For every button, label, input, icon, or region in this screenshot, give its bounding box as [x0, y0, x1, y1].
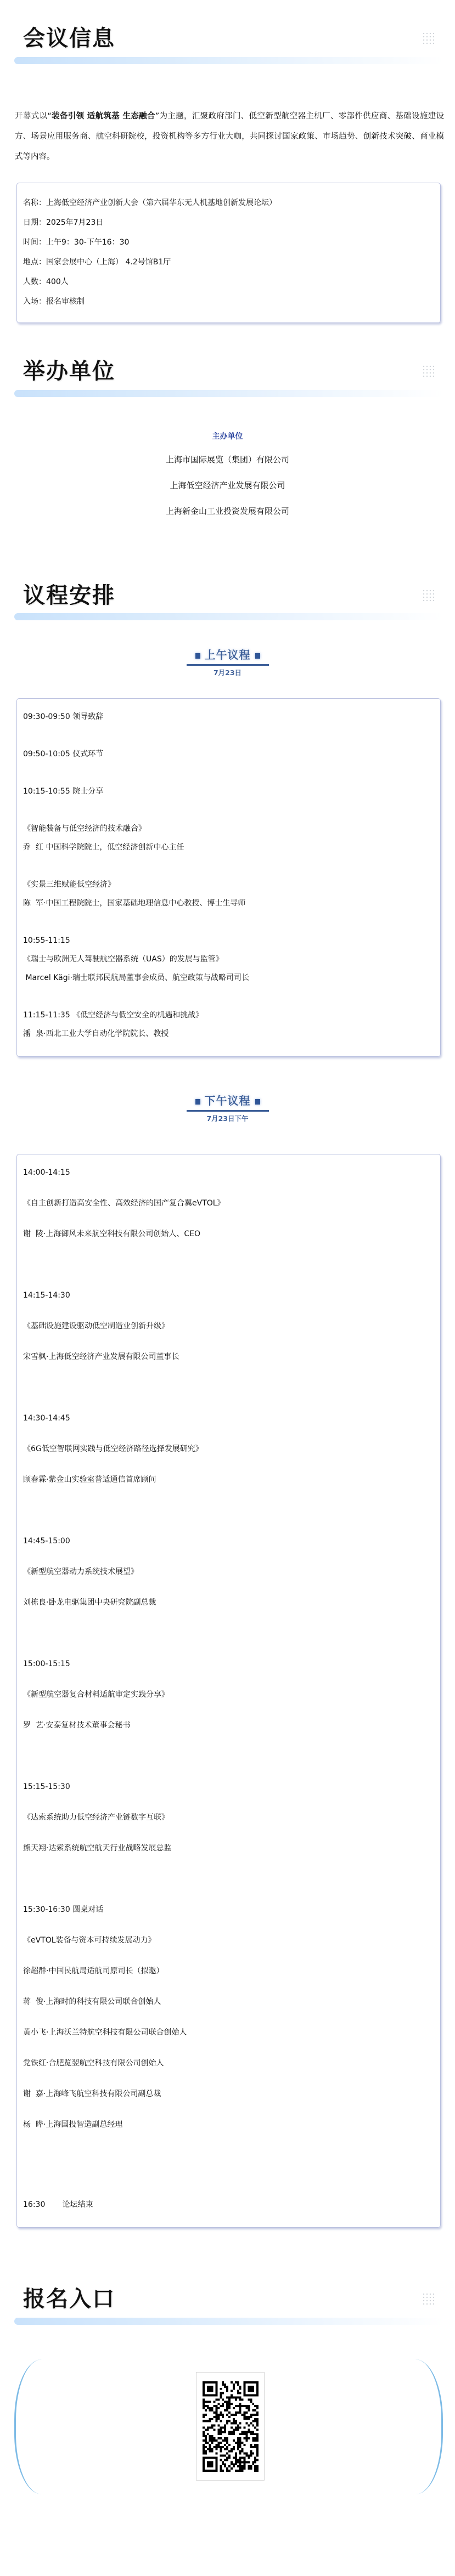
detail-date: 日期：2025年7月23日: [23, 213, 434, 233]
detail-time: 时间：上午9：30-下午16：30: [23, 233, 434, 252]
agenda-line: 谢 陵·上海御风未来航空科技有限公司创始人、CEO: [23, 1228, 434, 1240]
qr-code-icon[interactable]: [202, 2381, 259, 2472]
title-underline-bar: [14, 57, 443, 64]
agenda-line: 14:15-14:30: [23, 1289, 434, 1301]
agenda-line: 10:15-10:55 院士分享: [23, 785, 434, 797]
dot-grid-icon: [422, 365, 434, 378]
section-header: 报名入口: [0, 2261, 455, 2337]
agenda-line: Marcel Kägi·瑞士联邦民航局董事会成员、航空政策与战略司司长: [23, 972, 434, 984]
session-title-text: 上午议程: [205, 648, 251, 661]
agenda-line: 熊天翔·达索系统航空航天行业战略发展总监: [23, 1842, 434, 1854]
afternoon-session-date: 7月23日下午: [0, 1113, 455, 1123]
agenda-line: 蒋 俊·上海时的科技有限公司联合创始人: [23, 1996, 434, 2008]
detail-admission: 入场：报名审核制: [23, 292, 434, 312]
agenda-line: 谢 嘉·上海峰飞航空科技有限公司副总裁: [23, 2088, 434, 2100]
afternoon-agenda-card: 14:00-14:15《自主创新打造高安全性、高效经济的国产复合翼eVTOL》谢…: [16, 1154, 441, 2228]
morning-agenda-card: 09:30-09:50 领导致辞09:50-10:05 仪式环节10:15-10…: [16, 698, 441, 1057]
square-bullet-icon: [255, 1099, 260, 1105]
section-title: 议程安排: [23, 578, 115, 609]
section-header: 会议信息: [0, 0, 455, 77]
morning-session-header: 上午议程 7月23日: [0, 623, 455, 677]
intro-paragraph: 开幕式以“装备引领 适航筑基 生态融合”为主题，汇聚政府部门、低空新型航空器主机…: [0, 77, 455, 167]
agenda-line: 15:00-15:15: [23, 1658, 434, 1670]
agenda-line: 《新型航空器复合材料适航审定实践分享》: [23, 1689, 434, 1701]
agenda-line: 《达索系统助力低空经济产业链数字互联》: [23, 1811, 434, 1824]
afternoon-session-title: 下午议程: [187, 1092, 269, 1112]
agenda-line: 黄小飞·上海沃兰特航空科技有限公司联合创始人: [23, 2026, 434, 2039]
title-underline-bar: [14, 390, 443, 397]
agenda-line: 潘 泉·西北工业大学自动化学院院长、教授: [23, 1028, 434, 1040]
title-underline-bar: [14, 2318, 443, 2325]
detail-name: 名称：上海低空经济产业创新大会（第六届华东无人机基地创新发展论坛）: [23, 193, 434, 213]
agenda-line: 刘栋良·卧龙电驱集团中央研究院副总裁: [23, 1596, 434, 1609]
agenda-line: 09:30-09:50 领导致辞: [23, 711, 434, 723]
organizer-item: 上海市国际展览（集团）有限公司: [0, 447, 455, 473]
section-header: 议程安排: [0, 546, 455, 623]
section-title: 报名入口: [23, 2281, 115, 2313]
square-bullet-icon: [195, 1099, 200, 1105]
agenda-line: 党铁红·合肥览翌航空科技有限公司创始人: [23, 2057, 434, 2069]
section-title: 举办单位: [23, 354, 115, 385]
intro-theme: 装备引领 适航筑基 生态融合: [52, 112, 155, 121]
afternoon-session-header: 下午议程 7月23日下午: [0, 1057, 455, 1123]
organizer-item: 上海新金山工业投资发展有限公司: [0, 499, 455, 524]
agenda-line: 14:30-14:45: [23, 1412, 434, 1424]
agenda-line: 14:00-14:15: [23, 1167, 434, 1179]
dot-grid-icon: [422, 589, 434, 602]
morning-session-title: 上午议程: [187, 646, 269, 666]
agenda-line: 《瑞士与欧洲无人驾驶航空器系统（UAS）的发展与监管》: [23, 953, 434, 965]
organizer-item: 上海低空经济产业发展有限公司: [0, 473, 455, 499]
square-bullet-icon: [255, 653, 260, 659]
agenda-line: 14:45-15:00: [23, 1535, 434, 1547]
meeting-details-card: 名称：上海低空经济产业创新大会（第六届华东无人机基地创新发展论坛） 日期：202…: [16, 183, 441, 323]
meeting-info-section: 会议信息 开幕式以“装备引领 适航筑基 生态融合”为主题，汇聚政府部门、低空新型…: [0, 0, 455, 323]
agenda-line: 罗 艺·安泰复材技术董事会秘书: [23, 1719, 434, 1731]
agenda-line: 杨 晔·上海国投智造副总经理: [23, 2119, 434, 2131]
agenda-line: 宋雪枫·上海低空经济产业发展有限公司董事长: [23, 1351, 434, 1363]
organizers-section: 举办单位 主办单位 上海市国际展览（集团）有限公司 上海低空经济产业发展有限公司…: [0, 333, 455, 524]
agenda-line: 《6G低空智联网实践与低空经济路径选择发展研究》: [23, 1443, 434, 1455]
section-title: 会议信息: [23, 21, 115, 52]
agenda-line: 陈 军·中国工程院院士，国家基础地理信息中心教授、博士生导师: [23, 897, 434, 909]
agenda-line: 《智能装备与低空经济的技术融合》: [23, 823, 434, 835]
morning-session-date: 7月23日: [0, 667, 455, 677]
dot-grid-icon: [422, 2292, 434, 2306]
organizer-heading: 主办单位: [0, 428, 455, 445]
agenda-line: 顾春霖·紫金山实验室普适通信首席顾问: [23, 1474, 434, 1486]
dot-grid-icon: [422, 32, 434, 45]
agenda-line: 09:50-10:05 仪式环节: [23, 748, 434, 760]
agenda-line: 《基础设施建设驱动低空制造业创新升级》: [23, 1320, 434, 1332]
agenda-line: 《新型航空器动力系统技术展望》: [23, 1566, 434, 1578]
title-underline-bar: [14, 613, 443, 620]
detail-attendance: 人数：400人: [23, 272, 434, 292]
agenda-line: 15:15-15:30: [23, 1781, 434, 1793]
section-header: 举办单位: [0, 333, 455, 410]
registration-frame: [14, 2359, 443, 2494]
agenda-line: 徐超群·中国民航局适航司原司长（拟邀）: [23, 1965, 434, 1977]
agenda-line: 《eVTOL装备与资本可持续发展动力》: [23, 1934, 434, 1946]
square-bullet-icon: [195, 653, 200, 659]
qr-code-container[interactable]: [196, 2372, 265, 2481]
agenda-line: 《自主创新打造高安全性、高效经济的国产复合翼eVTOL》: [23, 1197, 434, 1209]
agenda-line: 11:15-11:35 《低空经济与低空安全的机遇和挑战》: [23, 1009, 434, 1021]
detail-location: 地点：国家会展中心（上海） 4.2号馆B1厅: [23, 252, 434, 272]
organizers-list: 主办单位 上海市国际展览（集团）有限公司 上海低空经济产业发展有限公司 上海新金…: [0, 410, 455, 524]
agenda-line: 《实景三维赋能低空经济》: [23, 879, 434, 891]
agenda-line: 乔 红 中国科学院院士，低空经济创新中心主任: [23, 841, 434, 853]
registration-section: 报名入口: [0, 2261, 455, 2516]
agenda-section: 议程安排 上午议程 7月23日 09:30-09:50 领导致辞09:50-10…: [0, 546, 455, 2228]
agenda-line: 10:55-11:15: [23, 935, 434, 947]
intro-prefix: 开幕式以“: [15, 112, 52, 121]
session-title-text: 下午议程: [205, 1094, 251, 1107]
agenda-line: 16:30 论坛结束: [23, 2199, 434, 2211]
agenda-line: 15:30-16:30 圆桌对话: [23, 1904, 434, 1916]
